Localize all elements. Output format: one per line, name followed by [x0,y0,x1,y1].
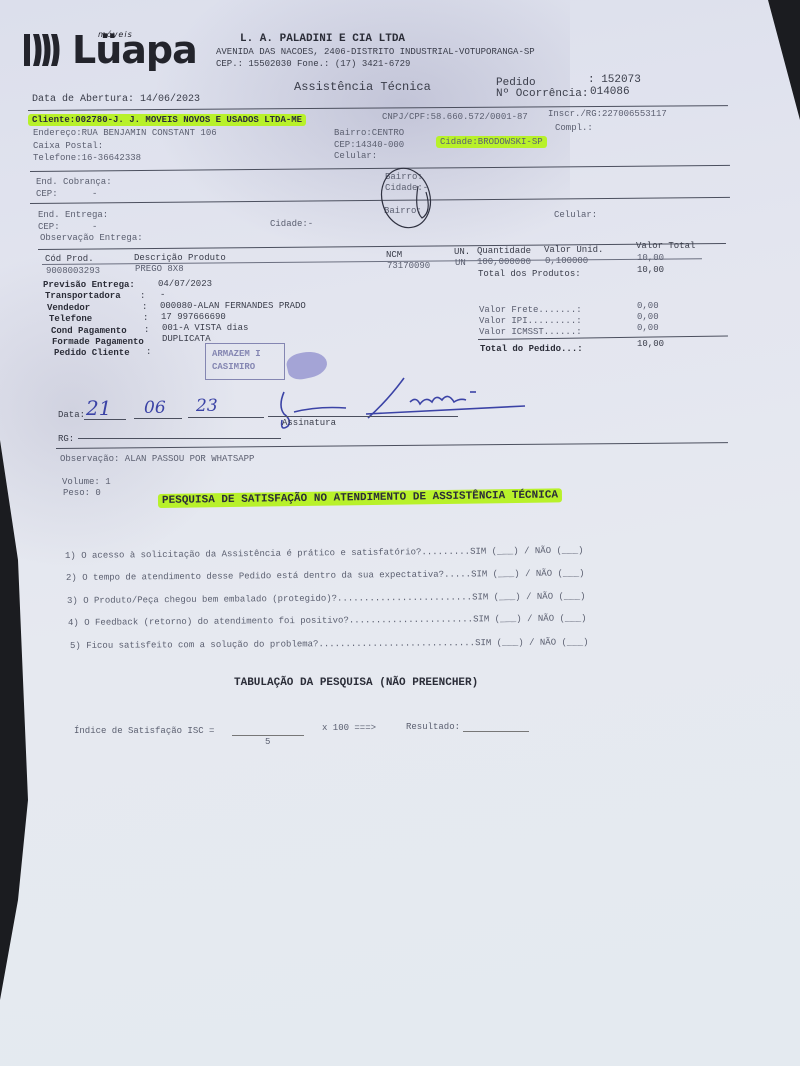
handwritten-month: 06 [144,398,166,418]
question-text: 2) O tempo de atendimento desse Pedido e… [66,569,471,583]
data-label: Data: [58,410,85,420]
separator: / [526,592,531,602]
telefone-sep: : [143,313,148,323]
telefone-label: Telefone [49,314,92,324]
separator: / [529,638,534,648]
date-line [84,419,126,420]
telefone-field: Telefone:16-36642338 [33,153,141,163]
cep-entrega-value: - [92,222,97,232]
col-quantidade: Quantidade [477,246,531,256]
sim-checkbox[interactable]: SIM (___) [473,614,522,624]
sim-checkbox[interactable]: SIM (___) [475,638,524,648]
cond-pagamento-label: Cond Pagamento [51,326,127,336]
survey-question-2: 2) O tempo de atendimento desse Pedido e… [66,568,585,583]
forma-pagamento-label: Formade Pagamento [52,337,144,347]
pedido-cliente-label: Pedido Cliente [54,348,130,358]
compl-field: Compl.: [555,123,593,133]
total-produtos-label: Total dos Produtos: [478,269,581,279]
nao-checkbox[interactable]: NÃO (___) [536,568,585,578]
observacao-entrega: Observação Entrega: [40,233,143,243]
survey-question-4: 4) O Feedback (retorno) do atendimento f… [68,613,587,628]
cep-cobranca-label: CEP: [36,189,58,199]
logo-brand: Lüapa [72,28,197,72]
isc-denominator: 5 [265,737,270,747]
col-ncm: NCM [386,250,402,260]
question-text: 3) O Produto/Peça chegou bem embalado (p… [67,592,472,606]
valor-frete-label: Valor Frete.......: [479,305,582,315]
stamp-line-2: CASIMIRO [212,361,278,374]
peso-field: Peso: 0 [63,488,101,498]
cep-entrega-label: CEP: [38,222,60,232]
divider [56,442,728,449]
handwritten-circle-mark [378,162,442,232]
endereco-field: Endereço:RUA BENJAMIN CONSTANT 106 [33,128,217,138]
cidade-field: Cidade:BRODOWSKI-SP [436,136,547,148]
company-address: AVENIDA DAS NACOES, 2406-DISTRITO INDUST… [216,47,535,57]
isc-numerator-line[interactable] [232,735,304,736]
separator: / [525,569,530,579]
date-line [188,417,264,418]
question-text: 5) Ficou satisfeito com a solução do pro… [70,638,475,651]
volume-field: Volume: 1 [62,477,111,487]
signature-scribble [270,370,540,440]
cidade-entrega: Cidade:- [270,219,313,229]
observacao-field: Observação: ALAN PASSOU POR WHATSAPP [60,454,254,464]
cond-pagamento-value: 001-A VISTA dias [162,323,248,333]
nao-checkbox[interactable]: NÃO (___) [535,546,584,557]
col-descricao: Descrição Produto [134,253,226,263]
divider [38,243,726,250]
total-pedido-label: Total do Pedido...: [480,344,583,354]
bairro-field: Bairro:CENTRO [334,128,404,138]
product-quantidade: 100,000000 [477,257,531,267]
end-cobranca: End. Cobrança: [36,177,112,187]
document-title: Assistência Técnica [294,80,431,94]
product-un: UN [455,258,466,268]
cliente-field: Cliente:002780-J. J. MOVEIS NOVOS E USAD… [28,114,306,126]
product-valor-total: 10,00 [637,253,664,263]
valor-icmsst-value: 0,00 [637,323,659,333]
isc-multiplier: x 100 ===> [322,723,376,733]
separator: / [524,546,530,556]
company-cep-phone: CEP.: 15502030 Fone.: (17) 3421-6729 [216,59,410,69]
rg-label: RG: [58,434,74,444]
product-descricao: PREGO 8X8 [135,264,184,274]
forma-pagamento-value: DUPLICATA [162,334,211,344]
date-line [134,418,182,419]
tabulation-title: TABULAÇÃO DA PESQUISA (NÃO PREENCHER) [234,677,478,689]
cep-cobranca-value: - [92,189,97,199]
transportadora-sep: : [140,291,145,301]
stamp-line-1: ARMAZEM I [212,348,278,361]
col-cod-prod: Cód Prod. [45,254,94,264]
question-text: 1) O acesso à solicitação da Assistência… [65,547,470,561]
col-valor-total: Valor Total [636,241,695,251]
product-cod: 9008003293 [46,266,100,276]
product-valor-unid: 0,100000 [545,256,588,266]
transportadora-label: Transportadora [45,291,121,301]
valor-frete-value: 0,00 [637,301,659,311]
previsao-label: Previsão Entrega: [43,280,135,290]
cond-pagamento-sep: : [144,325,149,335]
ocorrencia-label: Nº Ocorrência: [496,88,588,100]
handwritten-year: 23 [196,396,218,416]
sim-checkbox[interactable]: SIM (___) [470,546,519,557]
cep-field: CEP:14340-000 [334,140,404,150]
assinatura-label: Assinatura [282,418,336,428]
company-name: L. A. PALADINI E CIA LTDA [240,33,405,45]
nao-checkbox[interactable]: NÃO (___) [537,591,586,601]
valor-ipi-value: 0,00 [637,312,659,322]
logo-icon [24,32,66,68]
transportadora-value: - [160,290,165,300]
vendedor-sep: : [142,302,147,312]
total-produtos-value: 10,00 [637,265,664,275]
celular-field: Celular: [334,151,377,161]
document-page: móveis Lüapa L. A. PALADINI E CIA LTDA A… [0,0,800,1066]
end-entrega: End. Entrega: [38,210,108,220]
ocorrencia-value: 014086 [590,86,630,98]
vendedor-value: 000080-ALAN FERNANDES PRADO [160,301,306,311]
survey-question-1: 1) O acesso à solicitação da Assistência… [65,546,584,561]
sim-checkbox[interactable]: SIM (___) [471,569,520,579]
survey-question-5: 5) Ficou satisfeito com a solução do pro… [70,637,589,651]
total-pedido-value: 10,00 [637,339,664,349]
sim-checkbox[interactable]: SIM (___) [472,592,521,602]
celular-entrega: Celular: [554,210,597,220]
survey-question-3: 3) O Produto/Peça chegou bem embalado (p… [67,591,586,606]
cnpj-field: CNPJ/CPF:58.660.572/0001-87 [382,112,528,122]
previsao-value: 04/07/2023 [158,279,212,289]
resultado-label: Resultado: [406,722,460,732]
col-un: UN. [454,247,470,257]
product-ncm: 73170090 [387,261,430,271]
vendedor-label: Vendedor [47,303,90,313]
caixa-postal-field: Caixa Postal: [33,141,103,151]
col-valor-unid: Valor Unid. [544,245,603,255]
pedido-cliente-sep: : [146,347,151,357]
data-abertura: Data de Abertura: 14/06/2023 [32,94,200,105]
handwritten-day: 21 [86,396,111,420]
telefone-value: 17 997666690 [161,312,226,322]
survey-title: PESQUISA DE SATISFAÇÃO NO ATENDIMENTO DE… [158,488,562,508]
rg-line [78,438,281,439]
inscricao-field: Inscr./RG:227006553117 [548,109,667,119]
question-text: 4) O Feedback (retorno) do atendimento f… [68,614,473,628]
nao-checkbox[interactable]: NÃO (___) [540,637,589,647]
pedido-value: : 152073 [588,74,641,86]
nao-checkbox[interactable]: NÃO (___) [538,613,587,623]
resultado-line[interactable] [463,731,529,732]
signature-line [268,416,458,417]
valor-icmsst-label: Valor ICMSST......: [479,327,582,337]
valor-ipi-label: Valor IPI.........: [479,316,582,326]
isc-label: Índice de Satisfação ISC = [74,726,214,736]
separator: / [527,614,532,624]
